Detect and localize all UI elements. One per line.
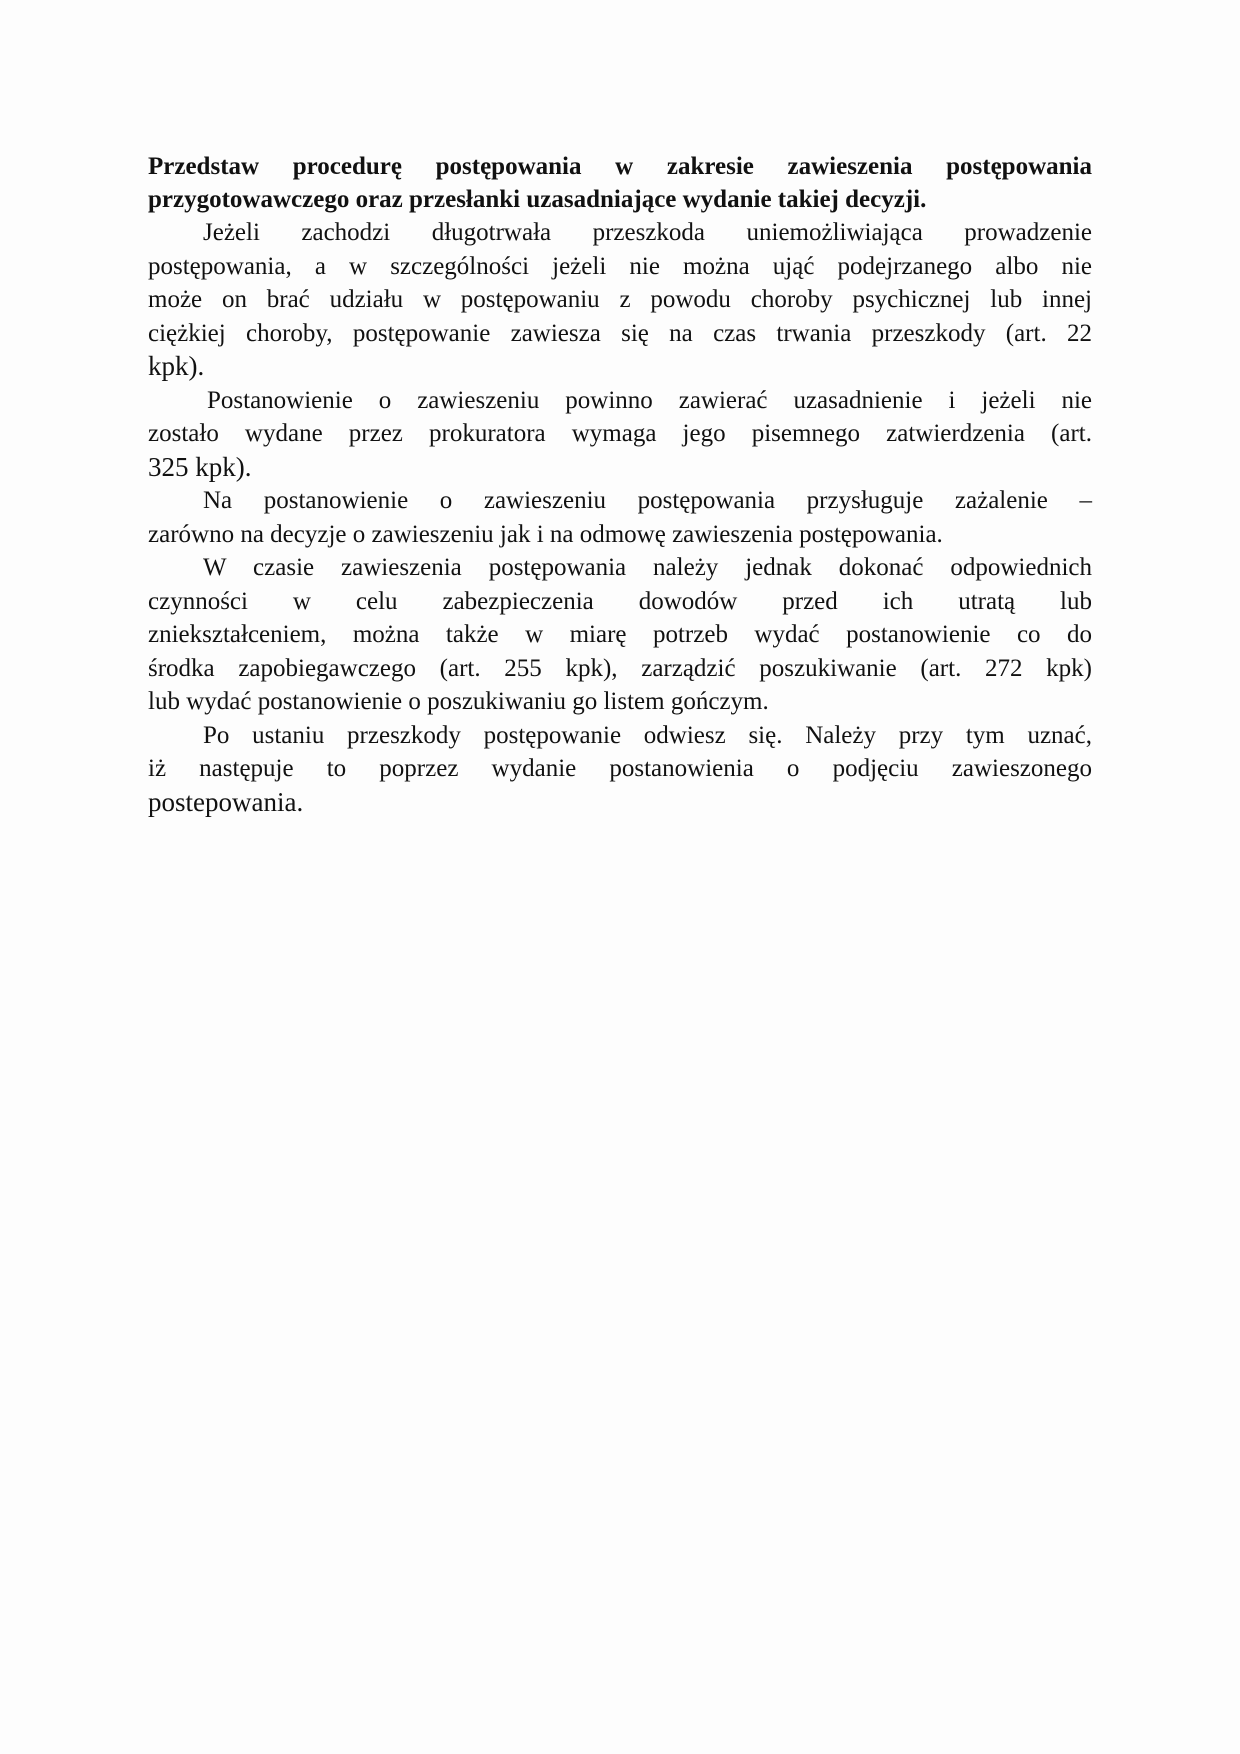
document-page: Przedstaw procedurę postępowania w zakre… xyxy=(148,150,1092,819)
paragraph-line: czynności w celu zabezpieczenia dowodów … xyxy=(148,585,1092,619)
paragraph-line: lub wydać postanowienie o poszukiwaniu g… xyxy=(148,685,1092,719)
paragraph-complaint: Na postanowienie o zawieszeniu postępowa… xyxy=(148,484,1092,551)
paragraph-line: może on brać udziału w postępowaniu z po… xyxy=(148,283,1092,317)
paragraph-line: Postanowienie o zawieszeniu powinno zawi… xyxy=(148,384,1092,418)
paragraph-line: zniekształceniem, można także w miarę po… xyxy=(148,618,1092,652)
paragraph-line: zarówno na decyzje o zawieszeniu jak i n… xyxy=(148,518,1092,552)
paragraph-decision-content: Postanowienie o zawieszeniu powinno zawi… xyxy=(148,384,1092,485)
paragraph-line: postępowania, a w szczególności jeżeli n… xyxy=(148,250,1092,284)
paragraph-line: 325 kpk). xyxy=(148,451,1092,485)
paragraph-line: Jeżeli zachodzi długotrwała przeszkoda u… xyxy=(148,216,1092,250)
title-line: Przedstaw procedurę postępowania w zakre… xyxy=(148,150,1092,183)
paragraph-resumption: Po ustaniu przeszkody postępowanie odwie… xyxy=(148,719,1092,820)
paragraph-line: środka zapobiegawczego (art. 255 kpk), z… xyxy=(148,652,1092,686)
paragraph-suspension-grounds: Jeżeli zachodzi długotrwała przeszkoda u… xyxy=(148,216,1092,384)
document-title: Przedstaw procedurę postępowania w zakre… xyxy=(148,150,1092,216)
title-line: przygotowawczego oraz przesłanki uzasadn… xyxy=(148,183,1092,216)
paragraph-line: W czasie zawieszenia postępowania należy… xyxy=(148,551,1092,585)
paragraph-line: kpk). xyxy=(148,350,1092,384)
paragraph-actions-during-suspension: W czasie zawieszenia postępowania należy… xyxy=(148,551,1092,719)
paragraph-line: Na postanowienie o zawieszeniu postępowa… xyxy=(148,484,1092,518)
paragraph-line: iż następuje to poprzez wydanie postanow… xyxy=(148,752,1092,786)
paragraph-line: Po ustaniu przeszkody postępowanie odwie… xyxy=(148,719,1092,753)
paragraph-line: postepowania. xyxy=(148,786,1092,820)
paragraph-line: zostało wydane przez prokuratora wymaga … xyxy=(148,417,1092,451)
paragraph-line: ciężkiej choroby, postępowanie zawiesza … xyxy=(148,317,1092,351)
